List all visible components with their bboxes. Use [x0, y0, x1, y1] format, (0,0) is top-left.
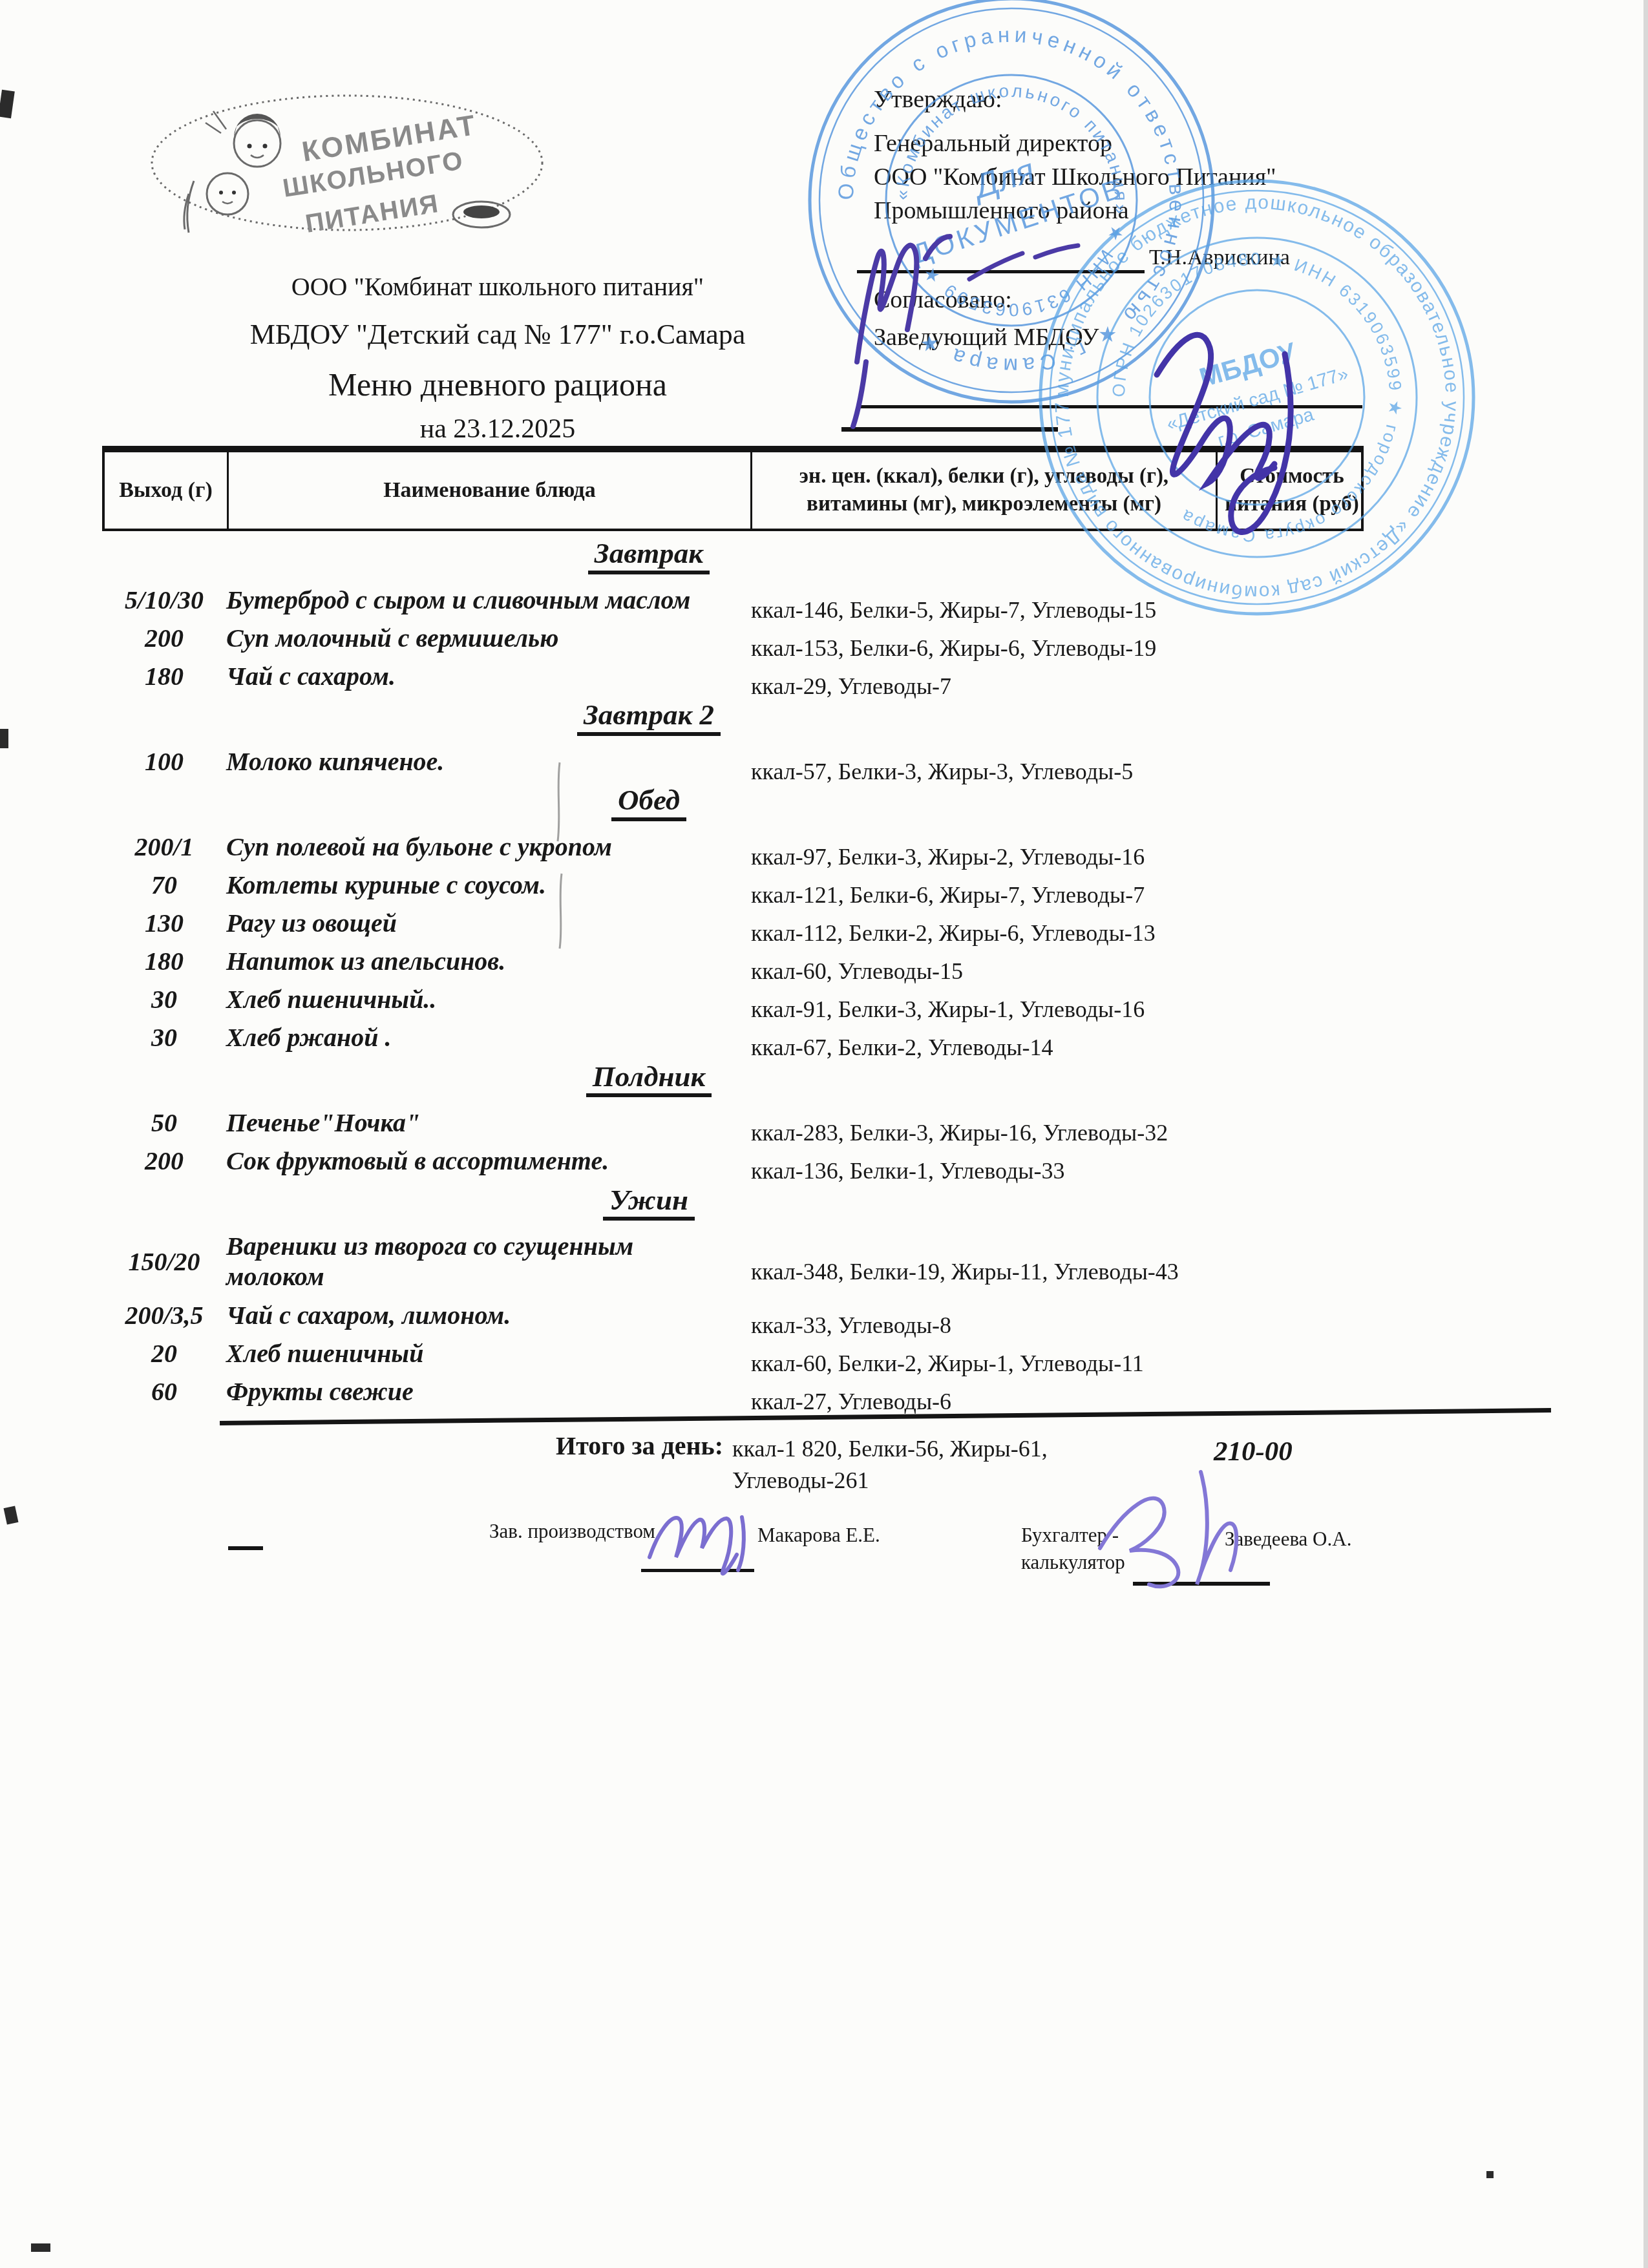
menu-row: 30 Хлеб пшеничный.. ккал-91, Белки-3, Жи… — [102, 984, 1648, 1014]
daily-total-row: Итого за день: ккал-1 820, Белки-56, Жир… — [102, 1431, 1648, 1496]
accountant-signature-line — [1133, 1582, 1270, 1586]
row-dish: Сок фруктовый в ассортименте. — [226, 1146, 751, 1176]
logo-child-hair-1 — [234, 114, 280, 137]
menu-row: 130 Рагу из овощей ккал-112, Белки-2, Жи… — [102, 908, 1648, 938]
row-nutrition: ккал-60, Белки-2, Жиры-1, Углеводы-11 — [751, 1350, 1391, 1378]
logo-child-head-2 — [207, 173, 248, 215]
col-header-dish: Наименование блюда — [229, 452, 752, 529]
menu-row: 50 Печенье"Ночка" ккал-283, Белки-3, Жир… — [102, 1108, 1648, 1138]
section-breakfast: Завтрак — [102, 538, 1196, 574]
logo-word-2: ШКОЛЬНОГО — [281, 146, 466, 203]
logo-bee — [206, 111, 226, 133]
row-dish: Фрукты свежие — [226, 1376, 751, 1407]
agreed-signature-line — [857, 405, 1362, 408]
accountant-label-2: калькулятор — [1021, 1551, 1125, 1574]
menu-row: 70 Котлеты куриные с соусом. ккал-121, Б… — [102, 870, 1648, 900]
production-manager-signature — [650, 1517, 744, 1573]
logo-spoon — [184, 181, 194, 233]
section-title: Завтрак — [588, 538, 710, 574]
logo-eye — [248, 144, 252, 149]
row-nutrition: ккал-121, Белки-6, Жиры-7, Углеводы-7 — [751, 881, 1391, 909]
row-output: 200/1 — [102, 832, 226, 862]
row-nutrition: ккал-60, Углеводы-15 — [751, 958, 1391, 985]
production-manager-label: Зав. производством — [489, 1520, 655, 1543]
approve-label: Утверждаю: — [874, 84, 1002, 116]
row-output: 200 — [102, 1146, 226, 1176]
menu-row: 60 Фрукты свежие ккал-27, Углеводы-6 — [102, 1376, 1648, 1407]
stamp-center-text: МБДОУ — [1196, 337, 1300, 394]
logo-word-3: ПИТАНИЯ — [304, 189, 441, 238]
agreed-label: Согласовано: — [874, 284, 1012, 316]
row-nutrition: ккал-348, Белки-19, Жиры-11, Углеводы-43 — [751, 1258, 1391, 1286]
row-output: 130 — [102, 908, 226, 938]
signature-stroke — [969, 253, 1022, 279]
row-dish: Чай с сахаром. — [226, 661, 751, 691]
logo-eye — [263, 144, 268, 149]
section-snack: Полдник — [102, 1061, 1196, 1098]
row-nutrition: ккал-57, Белки-3, Жиры-3, Углеводы-5 — [751, 758, 1391, 786]
footer-left-line — [228, 1546, 263, 1550]
row-dish: Хлеб ржаной . — [226, 1022, 751, 1053]
logo-word-1: КОМБИНАТ — [300, 109, 480, 168]
logo-oval-border — [152, 96, 542, 230]
document-date: на 23.12.2025 — [103, 414, 892, 445]
row-dish: Бутерброд с сыром и сливочным маслом — [226, 585, 751, 615]
col-header-output: Выход (г) — [105, 452, 229, 529]
section-title: Ужин — [603, 1184, 695, 1221]
production-manager-signature-line — [641, 1569, 754, 1572]
menu-table-header: Выход (г) Наименование блюда эн. цен. (к… — [102, 446, 1364, 531]
row-output: 100 — [102, 746, 226, 777]
scan-artifact — [31, 2243, 50, 2252]
approver-signature-line — [857, 270, 1145, 273]
logo-smile — [222, 202, 233, 204]
total-nutrition-line-2: Углеводы-261 — [732, 1465, 1214, 1496]
total-cost: 210-00 — [1214, 1431, 1408, 1496]
row-nutrition: ккал-67, Белки-2, Углеводы-14 — [751, 1034, 1391, 1062]
section-title: Завтрак 2 — [577, 699, 721, 736]
row-dish: Суп молочный с вермишелью — [226, 623, 751, 653]
row-dish: Печенье"Ночка" — [226, 1108, 751, 1138]
row-dish: Рагу из овощей — [226, 908, 751, 938]
menu-body: Завтрак 5/10/30 Бутерброд с сыром и слив… — [0, 534, 1648, 1496]
total-label: Итого за день: — [102, 1431, 732, 1496]
scan-artifact — [3, 1506, 18, 1524]
row-dish: Вареники из творога со сгущенным молоком — [226, 1231, 751, 1292]
row-output: 20 — [102, 1338, 226, 1369]
row-nutrition: ккал-33, Углеводы-8 — [751, 1312, 1391, 1339]
total-nutrition-line-1: ккал-1 820, Белки-56, Жиры-61, — [732, 1433, 1214, 1465]
section-breakfast-2: Завтрак 2 — [102, 699, 1196, 736]
logo-eye — [232, 191, 236, 194]
row-nutrition: ккал-283, Белки-3, Жиры-16, Углеводы-32 — [751, 1119, 1391, 1147]
row-output: 30 — [102, 1022, 226, 1053]
row-dish: Чай с сахаром, лимоном. — [226, 1300, 751, 1330]
approver-title-2: ООО "Комбинат Школьного Питания" — [874, 162, 1276, 193]
menu-row: 200 Суп молочный с вермишелью ккал-153, … — [102, 623, 1648, 653]
signature-stroke — [738, 1517, 744, 1570]
total-nutrition: ккал-1 820, Белки-56, Жиры-61, Углеводы-… — [732, 1431, 1214, 1496]
logo-bowl — [453, 202, 510, 227]
section-title: Обед — [611, 784, 686, 821]
scan-artifact — [1486, 2171, 1494, 2178]
approver-title-3: Промышленного района — [874, 195, 1129, 227]
row-output: 60 — [102, 1376, 226, 1407]
row-output: 50 — [102, 1108, 226, 1138]
scan-edge-shadow — [1643, 0, 1648, 2268]
section-title: Полдник — [586, 1061, 712, 1098]
col-header-cost: Стоимость питания (руб) — [1218, 452, 1366, 529]
logo-eye — [219, 191, 223, 194]
company-logo: КОМБИНАТ ШКОЛЬНОГО ПИТАНИЯ — [152, 96, 542, 238]
menu-row: 30 Хлеб ржаной . ккал-67, Белки-2, Углев… — [102, 1022, 1648, 1053]
row-nutrition: ккал-29, Углеводы-7 — [751, 673, 1391, 700]
approver-title-1: Генеральный директор — [874, 128, 1112, 160]
signature-stroke — [1035, 246, 1078, 257]
signature-stroke — [650, 1518, 737, 1573]
row-dish: Суп полевой на бульоне с укропом — [226, 832, 751, 862]
section-dinner: Ужин — [102, 1184, 1196, 1221]
row-output: 70 — [102, 870, 226, 900]
row-output: 200 — [102, 623, 226, 653]
row-output: 30 — [102, 984, 226, 1014]
row-dish: Котлеты куриные с соусом. — [226, 870, 751, 900]
row-output: 200/3,5 — [102, 1300, 226, 1330]
row-nutrition: ккал-97, Белки-3, Жиры-2, Углеводы-16 — [751, 843, 1391, 871]
row-output: 150/20 — [102, 1246, 226, 1277]
row-nutrition: ккал-136, Белки-1, Углеводы-33 — [751, 1157, 1391, 1185]
menu-row: 5/10/30 Бутерброд с сыром и сливочным ма… — [102, 585, 1648, 615]
row-output: 5/10/30 — [102, 585, 226, 615]
menu-row: 200 Сок фруктовый в ассортименте. ккал-1… — [102, 1146, 1648, 1176]
logo-smile — [251, 155, 264, 158]
row-nutrition: ккал-146, Белки-5, Жиры-7, Углеводы-15 — [751, 596, 1391, 624]
row-dish: Хлеб пшеничный — [226, 1338, 751, 1369]
menu-row: 100 Молоко кипяченое. ккал-57, Белки-3, … — [102, 746, 1648, 777]
row-dish: Молоко кипяченое. — [226, 746, 751, 777]
menu-row: 200/3,5 Чай с сахаром, лимоном. ккал-33,… — [102, 1300, 1648, 1330]
stamp-center-text: г.о. Самара — [1216, 404, 1317, 451]
menu-row: 20 Хлеб пшеничный ккал-60, Белки-2, Жиры… — [102, 1338, 1648, 1369]
row-output: 180 — [102, 946, 226, 976]
scan-artifact — [0, 729, 8, 748]
section-lunch: Обед — [102, 784, 1196, 821]
org-name-kindergarten: МБДОУ "Детский сад № 177" г.о.Самара — [103, 318, 892, 351]
row-output: 180 — [102, 661, 226, 691]
row-nutrition: ккал-91, Белки-3, Жиры-1, Углеводы-16 — [751, 996, 1391, 1024]
row-dish: Напиток из апельсинов. — [226, 946, 751, 976]
logo-child-head-1 — [234, 120, 280, 167]
accountant-name: Заведеева О.А. — [1225, 1528, 1351, 1551]
row-nutrition: ккал-153, Белки-6, Жиры-6, Углеводы-19 — [751, 635, 1391, 662]
menu-row: 180 Чай с сахаром. ккал-29, Углеводы-7 — [102, 661, 1648, 691]
logo-bowl-inner — [463, 205, 500, 218]
approver-name: Т.Н.Аврискина — [1149, 246, 1290, 270]
org-name-supplier: ООО "Комбинат школьного питания" — [103, 271, 892, 302]
menu-row: 180 Напиток из апельсинов. ккал-60, Угле… — [102, 946, 1648, 976]
scan-artifact — [0, 90, 15, 118]
agreed-title: Заведующий МБДОУ — [874, 322, 1099, 353]
menu-row: 200/1 Суп полевой на бульоне с укропом к… — [102, 832, 1648, 862]
accountant-label-1: Бухгалтер - — [1021, 1524, 1119, 1547]
stamp-center-text: «Детский сад № 177» — [1165, 363, 1351, 435]
row-nutrition: ккал-112, Белки-2, Жиры-6, Углеводы-13 — [751, 919, 1391, 947]
scanned-menu-document: Утверждаю: Генеральный директор ООО "Ком… — [0, 0, 1648, 2268]
col-header-nutrition: эн. цен. (ккал), белки (г), углеводы (г)… — [752, 452, 1218, 529]
document-title: Меню дневного рациона — [103, 366, 892, 403]
menu-row: 150/20 Вареники из творога со сгущенным … — [102, 1231, 1648, 1292]
production-manager-name: Макарова Е.Е. — [757, 1524, 880, 1547]
row-dish: Хлеб пшеничный.. — [226, 984, 751, 1014]
